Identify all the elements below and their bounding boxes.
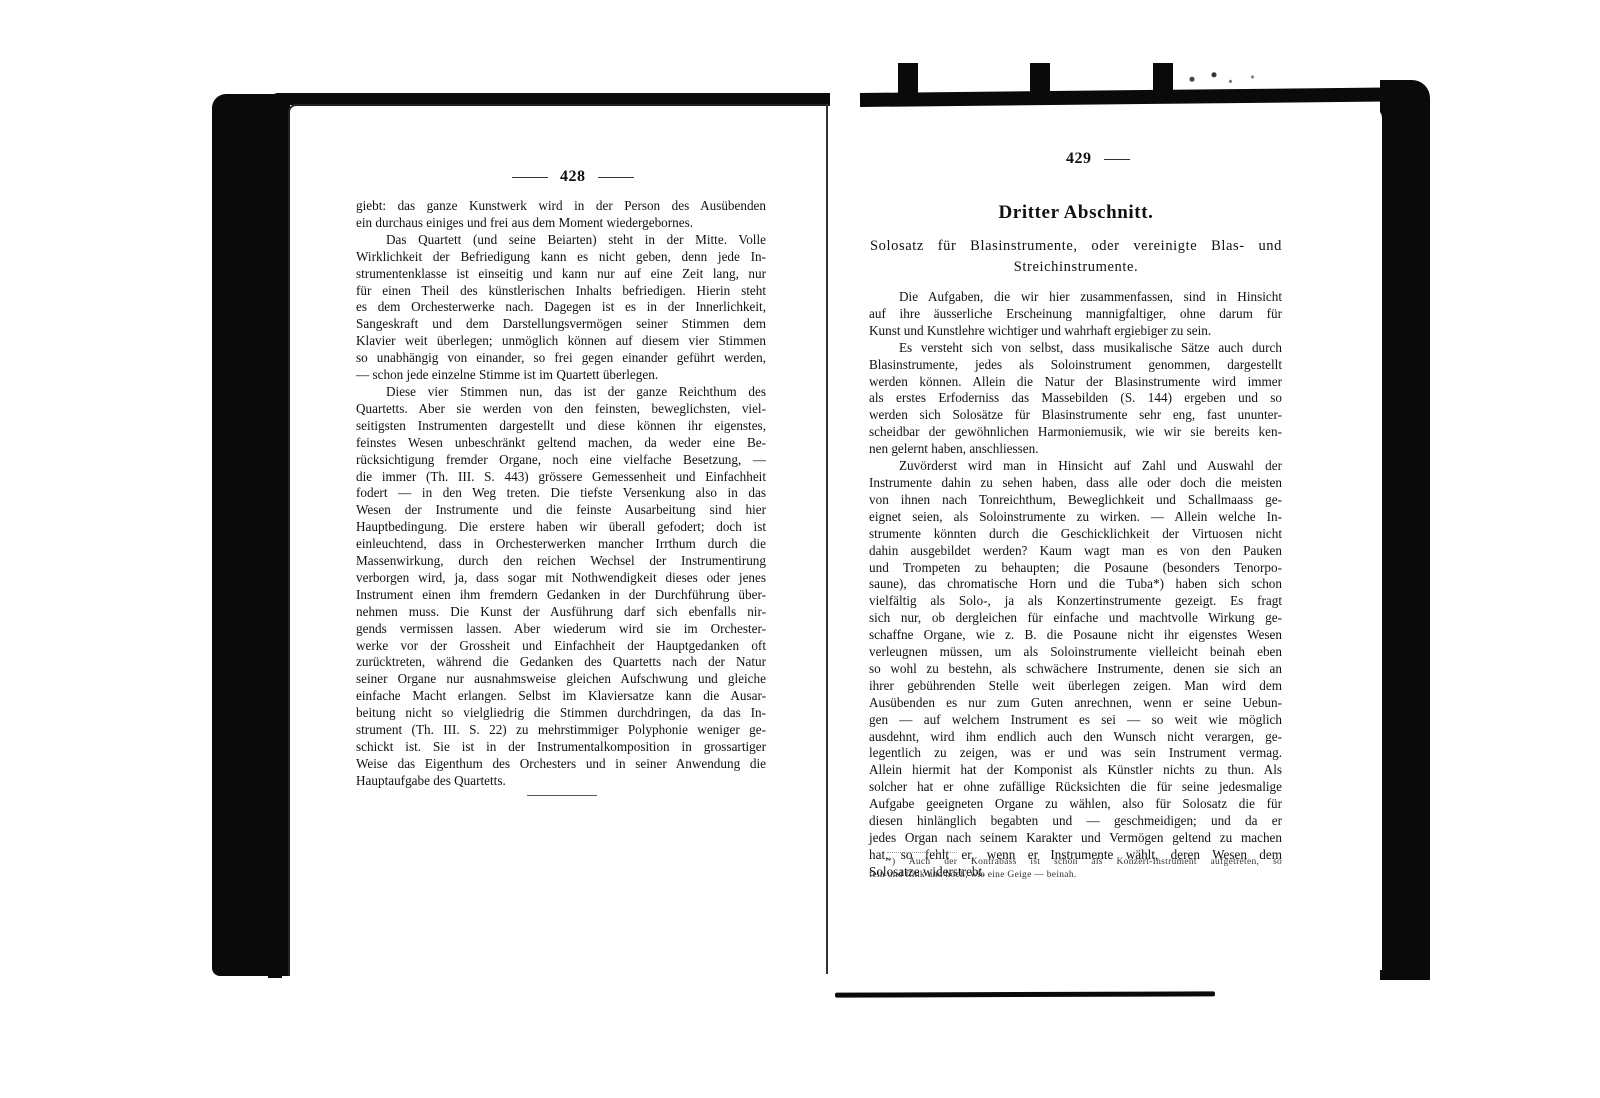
page-number-text: 428 (560, 168, 586, 185)
text-line: Hauptaufgabe des Quartetts. (356, 773, 766, 790)
book-scan: 428 giebt: das ganze Kunstwerk wird in d… (0, 0, 1600, 1098)
text-line: so unabhängig von einander, so frei gege… (356, 350, 766, 367)
text-line: Weise das Eigenthum des Orchesters und i… (356, 756, 766, 773)
text-line: Die Aufgaben, die wir hier zusammenfasse… (869, 289, 1282, 306)
text-line: Instrument einen ihm fremdern Gedanken i… (356, 587, 766, 604)
text-line: diesen hinlänglich begabten und — geschm… (869, 813, 1282, 830)
text-line: Wirklichkeit der Befriedigung kann es ni… (356, 249, 766, 266)
footnote: *) Auch der Kontrabass ist schon als Kon… (869, 856, 1282, 881)
text-line: als erstes Erfoderniss das Massebilden (… (869, 390, 1282, 407)
right-bottom-edge (835, 991, 1215, 997)
footnote-rule (887, 852, 957, 853)
text-line: und Trompeten zu behaupten; die Posaune … (869, 560, 1282, 577)
divider (1104, 159, 1130, 160)
text-line: auf ihre äusserliche Erscheinung mannigf… (869, 306, 1282, 323)
text-line: sich nur, ob dergleichen für einfache un… (869, 610, 1282, 627)
left-page-number: 428 (500, 168, 646, 186)
text-line: schickt ist. Sie ist in der Instrumental… (356, 739, 766, 756)
text-line: einfache Macht erlangen. Selbst im Klavi… (356, 688, 766, 705)
text-line: fodert — in den Weg treten. Die tiefste … (356, 485, 766, 502)
text-line: Klavier weit überlegen; unmöglich können… (356, 333, 766, 350)
text-line: legentlich zu zeigen, was er und was sei… (869, 745, 1282, 762)
right-top-edge (860, 87, 1420, 107)
text-line: eignet seien, als Soloinstrumente zu wir… (869, 509, 1282, 526)
text-line: Hauptbedingung. Die erstere haben wir üb… (356, 519, 766, 536)
text-line: giebt: das ganze Kunstwerk wird in der P… (356, 198, 766, 215)
text-line: werden können. Allein die Natur der Blas… (869, 374, 1282, 391)
book-gutter (826, 104, 828, 974)
text-line: Das Quartett (und seine Beiarten) steht … (356, 232, 766, 249)
text-line: Wesen der Instrumente und die feinste Au… (356, 502, 766, 519)
paragraph: Diese vier Stimmen nun, das ist der ganz… (356, 384, 766, 790)
text-line: werden sich Solosätze für Blasinstrument… (869, 407, 1282, 424)
text-line: Quartetts. Aber sie werden von den feins… (356, 401, 766, 418)
text-line: jedes Organ nach seinem Karakter und Ver… (869, 830, 1282, 847)
paragraph: Das Quartett (und seine Beiarten) steht … (356, 232, 766, 384)
right-page-number: 429 (1066, 150, 1142, 168)
footnote-line: fein und flink und hoch, wie eine Geige … (869, 869, 1282, 882)
paragraph: Die Aufgaben, die wir hier zusammenfasse… (869, 289, 1282, 340)
text-line: beitung nicht so vielgliedrig die Stimme… (356, 705, 766, 722)
text-line: Aufgabe geeigneten Organe zu wählen, als… (869, 796, 1282, 813)
text-line: gen — auf welchem Instrument es sei — so… (869, 712, 1282, 729)
text-line: Massenwirkung, durch den reichen Wechsel… (356, 553, 766, 570)
left-page-text: giebt: das ganze Kunstwerk wird in der P… (356, 198, 766, 790)
text-line: Kunst und Kunstlehre wichtiger und wahrh… (869, 323, 1282, 340)
text-line: saune), das chromatische Horn und die Tu… (869, 576, 1282, 593)
paragraph: Es versteht sich von selbst, dass musika… (869, 340, 1282, 458)
paragraph: Zuvörderst wird man in Hinsicht auf Zahl… (869, 458, 1282, 881)
text-line: strumente könnten durch die Geschicklich… (869, 526, 1282, 543)
text-line: Blasinstrumente, jedes als Soloinstrumen… (869, 357, 1282, 374)
section-subtitle: Solosatz für Blasinstrumente, oder verei… (870, 236, 1282, 278)
text-line: strument (Th. III. S. 22) zu mehrstimmig… (356, 722, 766, 739)
text-line: für einen Theil des künstlerischen Inhal… (356, 283, 766, 300)
text-line: strumentenklasse ist einseitig und kann … (356, 266, 766, 283)
subtitle-line: Streichinstrumente. (870, 257, 1282, 278)
divider (512, 177, 548, 178)
right-book-cover-edge (1380, 80, 1430, 980)
scan-noise (1170, 66, 1280, 88)
text-line: gends vermissen lassen. Aber wiederum wi… (356, 621, 766, 638)
text-line: vielfältig als Solo-, ja als Konzertinst… (869, 593, 1282, 610)
text-line: verleugnen müssen, um als Soloinstrument… (869, 644, 1282, 661)
text-line: einleuchtend, dass in Orchesterwerken ma… (356, 536, 766, 553)
text-line: ausdehnt, wird ihm endlich auch den Wuns… (869, 729, 1282, 746)
text-line: schaffne Organe, wie z. B. die Posaune n… (869, 627, 1282, 644)
divider (598, 177, 634, 178)
text-line: scheidbar der gewöhnlichen Harmoniemusik… (869, 424, 1282, 441)
text-line: zurücktreten, während die Gedanken des Q… (356, 654, 766, 671)
page-number-text: 429 (1066, 150, 1092, 167)
left-bottom-edge (268, 968, 282, 978)
text-line: Ausübenden es nur zum Guten anrechnen, w… (869, 695, 1282, 712)
text-line: Diese vier Stimmen nun, das ist der ganz… (356, 384, 766, 401)
end-rule (527, 795, 597, 796)
text-line: solcher hat er ohne zufällige Rücksichte… (869, 779, 1282, 796)
text-line: ein durchaus einiges und frei aus dem Mo… (356, 215, 766, 232)
text-line: ihrer gebührenden Stelle weit überlegen … (869, 678, 1282, 695)
subtitle-line: Solosatz für Blasinstrumente, oder verei… (870, 236, 1282, 257)
text-line: feinstes Wesen unbeschränkt geltend mach… (356, 435, 766, 452)
section-title: Dritter Abschnitt. (870, 202, 1282, 224)
text-line: seiner Organe nur ausnahmsweise gleichen… (356, 671, 766, 688)
text-line: so wohl zu bestehn, als schwächere Instr… (869, 661, 1282, 678)
text-line: Es versteht sich von selbst, dass musika… (869, 340, 1282, 357)
text-line: von ihnen nach Tonreichthum, Beweglichke… (869, 492, 1282, 509)
text-line: verborgen wird, ja, dass sogar mit Nothw… (356, 570, 766, 587)
text-line: Sangeskraft und dem Darstellungsvermögen… (356, 316, 766, 333)
text-line: nen gelernt haben, anschliessen. (869, 441, 1282, 458)
paragraph: giebt: das ganze Kunstwerk wird in der P… (356, 198, 766, 232)
text-line: rücksichtigung fremder Organe, noch eine… (356, 452, 766, 469)
right-page-text: Die Aufgaben, die wir hier zusammenfasse… (869, 289, 1282, 881)
text-line: Instrumente dahin zu sehen haben, dass a… (869, 475, 1282, 492)
text-line: nehmen muss. Die Kunst der Ausführung da… (356, 604, 766, 621)
text-line: Zuvörderst wird man in Hinsicht auf Zahl… (869, 458, 1282, 475)
text-line: werke vor der Grossheit und Einfachheit … (356, 638, 766, 655)
left-book-cover-edge (212, 94, 290, 976)
text-line: dahin ausgebildet werden? Kaum wagt man … (869, 543, 1282, 560)
text-line: — schon jede einzelne Stimme ist im Quar… (356, 367, 766, 384)
footnote-line: *) Auch der Kontrabass ist schon als Kon… (869, 856, 1282, 869)
text-line: die immer (Th. III. S. 443) grössere Gem… (356, 469, 766, 486)
text-line: seitigsten Instrumenten dargestellt und … (356, 418, 766, 435)
text-line: Allein hiermit hat der Komponist als Kün… (869, 762, 1282, 779)
text-line: es dem Orchesterwerke nach. Dagegen ist … (356, 299, 766, 316)
